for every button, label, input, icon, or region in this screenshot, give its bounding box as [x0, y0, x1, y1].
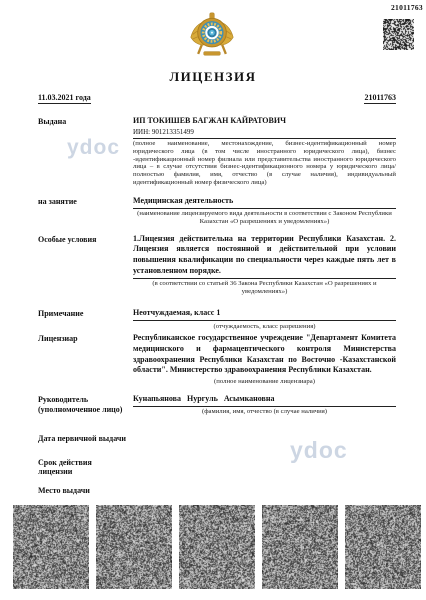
fields-table: Выдана ИП ТОКИШЕВ БАГЖАН КАЙРАТОВИЧ ИИН:…	[38, 116, 396, 495]
field-caption: (полное наименование, местонахождение, б…	[133, 139, 396, 186]
datamatrix-code-icon	[345, 505, 421, 589]
barcode-strip	[13, 505, 421, 589]
field-validity-period: Срок действия лицензии	[38, 457, 396, 477]
license-document: 21011763 ЛИЦЕНЗИЯ 11.03.2021 года 210117…	[0, 0, 426, 600]
datamatrix-code-icon	[179, 505, 255, 589]
field-label: на занятие	[38, 196, 133, 207]
issue-date: 11.03.2021 года	[38, 93, 91, 104]
licensor-value: Республиканское государственное учрежден…	[133, 333, 396, 376]
license-number: 21011763	[364, 93, 396, 104]
field-note: Примечание Неотчуждаемая, класс 1 (отчуж…	[38, 308, 396, 330]
field-caption: (фамилия, имя, отчество (в случае наличи…	[133, 407, 396, 416]
activity-value: Медицинская деятельность	[133, 196, 396, 209]
document-number-top: 21011763	[391, 3, 423, 12]
datamatrix-code-icon	[13, 505, 89, 589]
field-special-conditions: Особые условия 1.Лицензия действительна …	[38, 234, 396, 296]
field-label: Руководитель (уполномоченное лицо)	[38, 394, 133, 414]
field-licensor: Лицензиар Республиканское государственно…	[38, 333, 396, 385]
field-caption: (наименование лицензируемого вида деятел…	[133, 209, 396, 226]
field-label: Примечание	[38, 308, 133, 319]
special-conditions-value: 1.Лицензия действительна на территории Р…	[133, 234, 396, 279]
field-label: Выдана	[38, 116, 133, 127]
field-caption: (в соответствии со статьей 36 Закона Рес…	[133, 279, 396, 296]
licensee-name: ИП ТОКИШЕВ БАГЖАН КАЙРАТОВИЧ	[133, 116, 396, 127]
field-label: Место выдачи	[38, 485, 133, 496]
field-caption: (отчуждаемость, класс разрешения)	[133, 321, 396, 330]
field-label: Особые условия	[38, 234, 133, 245]
date-number-row: 11.03.2021 года 21011763	[38, 93, 396, 104]
datamatrix-code-icon	[96, 505, 172, 589]
page-title: ЛИЦЕНЗИЯ	[0, 69, 426, 85]
field-first-issue-date: Дата первичной выдачи	[38, 433, 396, 444]
datamatrix-code-icon	[262, 505, 338, 589]
field-place-of-issue: Место выдачи	[38, 485, 396, 496]
field-issued-to: Выдана ИП ТОКИШЕВ БАГЖАН КАЙРАТОВИЧ ИИН:…	[38, 116, 396, 186]
field-label: Дата первичной выдачи	[38, 433, 133, 444]
licensee-iin: ИИН: 901213351499	[133, 127, 396, 139]
field-label: Лицензиар	[38, 333, 133, 344]
head-name: Кунапьянова Нургуль Асымкановна	[133, 394, 396, 407]
field-activity: на занятие Медицинская деятельность (наи…	[38, 196, 396, 226]
field-head: Руководитель (уполномоченное лицо) Кунап…	[38, 394, 396, 416]
note-value: Неотчуждаемая, класс 1	[133, 308, 396, 321]
field-caption: (полное наименование лицензиара)	[133, 376, 396, 385]
kazakhstan-emblem-icon	[188, 11, 236, 58]
field-label: Срок действия лицензии	[38, 457, 133, 477]
qr-code-icon	[383, 19, 414, 50]
